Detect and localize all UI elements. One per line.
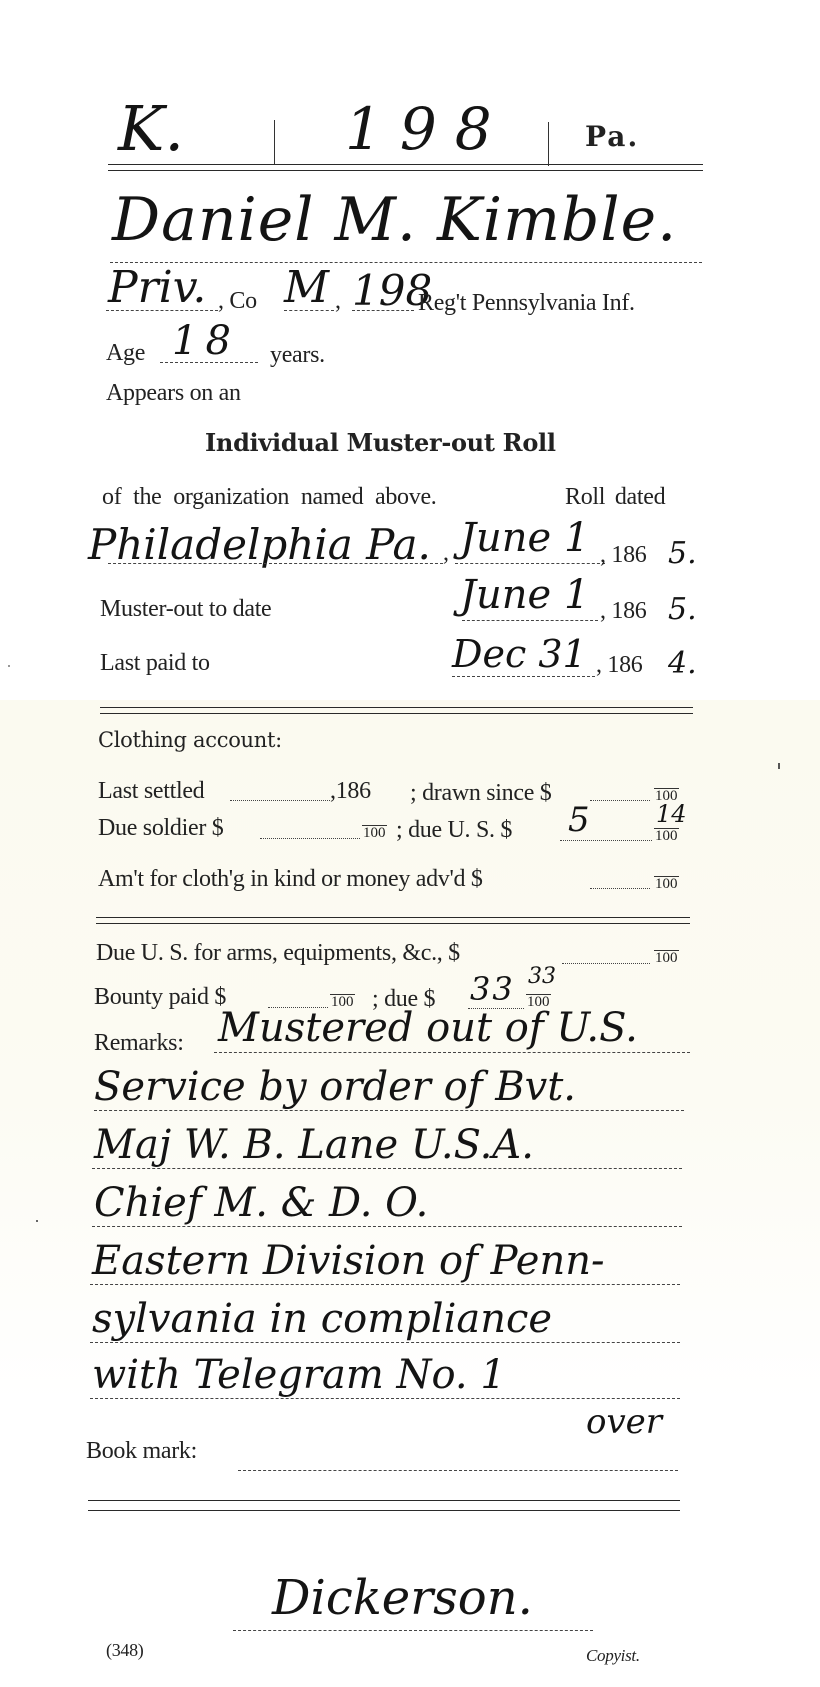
last-settled-year: ,186: [330, 778, 371, 805]
remarks-line-7: with Telegram No. 1: [92, 1352, 506, 1398]
footer-rule-bottom: [88, 1510, 680, 1511]
section-rule-bottom: [100, 713, 693, 714]
last-settled-line: [230, 800, 330, 801]
appears-on-label: Appears on an: [106, 380, 241, 407]
roll-date-line: [455, 563, 605, 564]
due-us-hundred: 100: [654, 826, 679, 844]
due-soldier-cents: 100: [362, 823, 387, 841]
remarks-label: Remarks:: [94, 1030, 184, 1057]
section-rule-top: [100, 707, 693, 708]
drawn-since-label: ; drawn since $: [410, 780, 551, 807]
muster-out-year-digit: 5.: [668, 592, 697, 627]
roll-title: Individual Muster-out Roll: [205, 428, 556, 457]
due-soldier-label: Due soldier $: [98, 815, 223, 842]
amount-clothing-label: Am't for cloth'g in kind or money adv'd …: [98, 866, 483, 893]
last-paid-year-prefix: , 186: [596, 652, 643, 679]
book-mark-label: Book mark:: [86, 1438, 197, 1465]
remarks-rule-6: [90, 1342, 680, 1343]
due-us-label: ; due U. S. $: [396, 817, 512, 844]
rank-line: [106, 310, 218, 311]
copyist-label: Copyist.: [586, 1646, 640, 1666]
company-label: , Co: [218, 288, 257, 315]
paper-speck: [36, 1220, 38, 1222]
muster-out-line: [462, 620, 598, 621]
comma: ,: [443, 540, 449, 567]
drawn-since-line: [590, 800, 650, 801]
arms-label: Due U. S. for arms, equipments, &c., $: [96, 940, 460, 967]
header-rule-bottom: [108, 170, 703, 171]
paper-speck: [8, 665, 10, 667]
form-number: (348): [106, 1640, 144, 1661]
last-paid-date: Dec 31: [452, 632, 587, 676]
company-value: M: [284, 262, 329, 313]
organization-line: of the organization named above.: [102, 484, 437, 511]
place-line: [108, 563, 443, 564]
clothing-rule-top: [96, 917, 690, 918]
initial-letter: K.: [118, 92, 184, 165]
remarks-line-6: sylvania in compliance: [92, 1296, 552, 1342]
bounty-due-cents: 33: [528, 964, 556, 989]
amount-clothing-cents: 100: [654, 874, 679, 892]
due-soldier-line: [260, 838, 360, 839]
header-rule-top: [108, 164, 703, 165]
book-mark-line: [238, 1470, 678, 1471]
clothing-rule-bottom: [96, 923, 690, 924]
remarks-rule-4: [92, 1226, 682, 1227]
remarks-rule-2: [94, 1110, 684, 1111]
arms-cents: 100: [654, 948, 679, 966]
age-value: 18: [172, 318, 239, 364]
muster-out-label: Muster-out to date: [100, 596, 271, 623]
remarks-line-5: Eastern Division of Penn-: [92, 1238, 604, 1284]
age-label: Age: [106, 340, 145, 367]
clothing-heading: Clothing account:: [98, 728, 282, 752]
muster-out-year-prefix: , 186: [600, 598, 647, 625]
due-us-line: [560, 840, 652, 841]
due-us-dollars: 5: [568, 800, 590, 840]
bounty-paid-label: Bounty paid $: [94, 984, 226, 1011]
remarks-rule-5: [90, 1284, 680, 1285]
remarks-rule-1: [214, 1052, 690, 1053]
roll-place: Philadelphia Pa.: [88, 520, 431, 569]
regiment-line: [352, 310, 414, 311]
paper-speck: [778, 763, 780, 769]
roll-dated-label: Roll dated: [565, 484, 665, 511]
bounty-due-dollars: 33: [470, 970, 515, 1008]
years-label: years.: [270, 342, 325, 369]
soldier-name: Daniel M. Kimble.: [112, 185, 677, 255]
remarks-over-note: over: [586, 1402, 662, 1442]
last-settled-label: Last settled: [98, 778, 204, 805]
age-line: [160, 362, 258, 363]
roll-year-prefix: , 186: [600, 542, 647, 569]
comma: ,: [335, 288, 341, 315]
remarks-line-3: Maj W. B. Lane U.S.A.: [94, 1122, 534, 1168]
footer-rule-top: [88, 1500, 680, 1501]
arms-line: [562, 963, 650, 964]
remarks-line-1: Mustered out of U.S.: [218, 1005, 638, 1051]
roll-date: June 1: [460, 515, 589, 561]
signature-line: [233, 1630, 593, 1631]
amount-clothing-line: [590, 888, 650, 889]
remarks-rule-7: [90, 1398, 680, 1399]
regiment-number: 198: [345, 95, 510, 163]
header-divider-1: [274, 120, 275, 164]
header-divider-2: [548, 122, 549, 166]
due-us-cents: 14: [656, 800, 687, 828]
rank-value: Priv.: [108, 262, 206, 313]
last-paid-label: Last paid to: [100, 650, 210, 677]
last-paid-line: [452, 676, 595, 677]
roll-year-digit: 5.: [668, 536, 697, 571]
remarks-line-2: Service by order of Bvt.: [94, 1064, 576, 1110]
last-paid-year-digit: 4.: [668, 646, 697, 681]
regiment-label: Reg't Pennsylvania Inf.: [418, 290, 635, 317]
remarks-line-4: Chief M. & D. O.: [94, 1180, 428, 1226]
copyist-signature: Dickerson.: [272, 1570, 533, 1626]
company-line: [284, 310, 334, 311]
remarks-rule-3: [92, 1168, 682, 1169]
muster-out-date: June 1: [460, 572, 589, 618]
state-label: Pa.: [585, 120, 639, 153]
